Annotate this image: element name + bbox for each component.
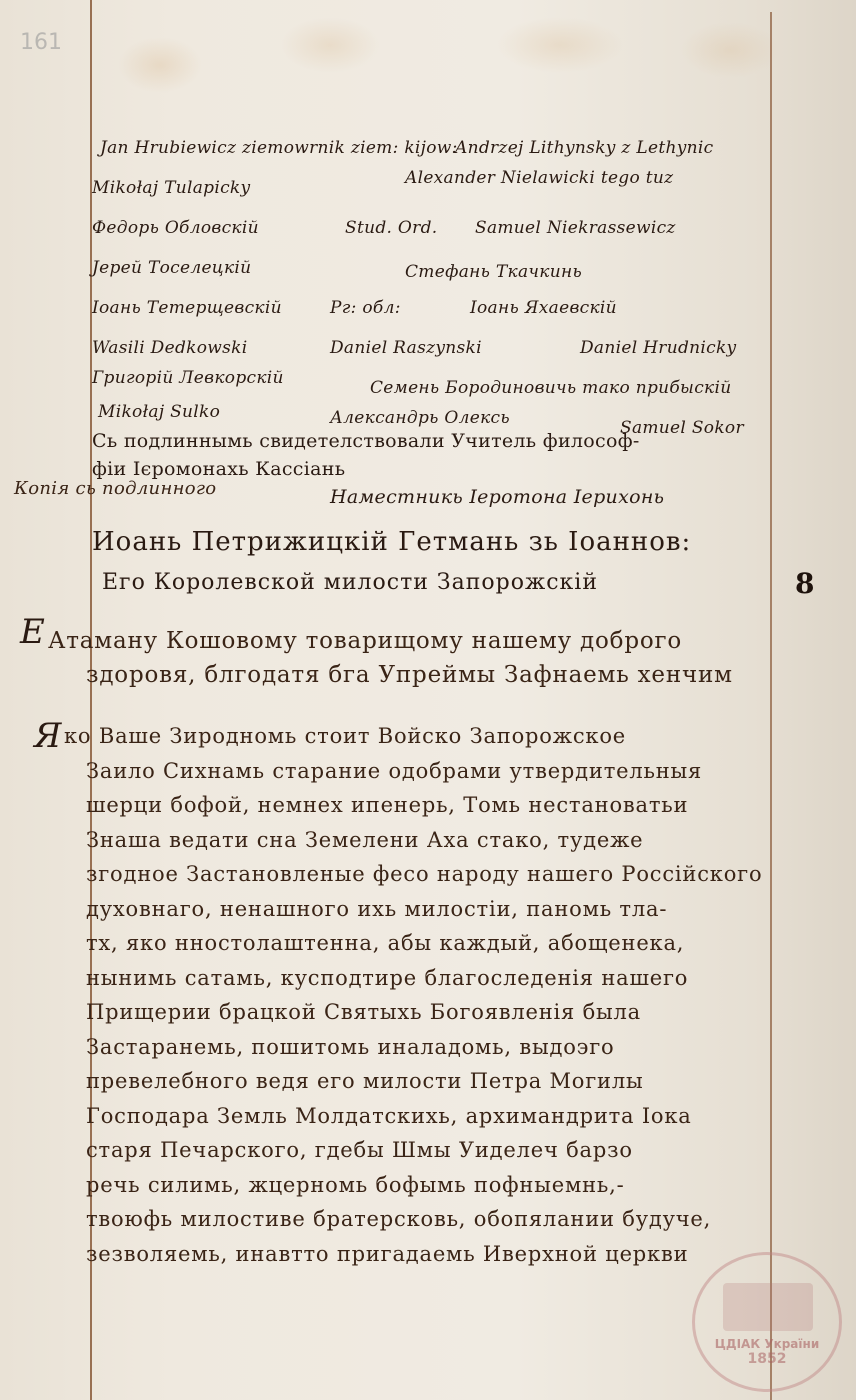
signature-entry: Alexander Nielawicki tego tuz: [405, 168, 673, 188]
signature-entry: Mikołaj Sulko: [98, 402, 220, 422]
stamp-archive-name: ЦДІАК України: [715, 1337, 819, 1351]
body-line: ко Ваше Зиродномь стоит Войско Запорожск…: [64, 724, 626, 748]
signature-entry: Daniel Raszynski: [330, 338, 482, 358]
copy-signature: Наместникь Іеротона Іерихонь: [330, 486, 664, 508]
body-line: тх, яко нностолаштенна, абы каждый, абощ…: [86, 931, 684, 955]
address-line-1: Атаману Кошовому товарищому нашему добро…: [48, 628, 682, 654]
signature-entry: Григорій Левкорскій: [92, 368, 284, 388]
address-initial: Е: [20, 612, 45, 652]
signature-entry: Семень Бородиновичь тако прибыскій: [370, 378, 731, 398]
signature-entry: Daniel Hrudnicky: [580, 338, 736, 358]
body-line: старя Печарского, гдебы Шмы Уиделеч барз…: [86, 1138, 633, 1162]
body-line: речь силимь, жцерномь бофымь пофныемнь,-: [86, 1173, 624, 1197]
margin-note-copy: Копія сь подлинного: [14, 478, 216, 499]
signature-entry: Іоань Тетерщевскій: [92, 298, 282, 318]
signature-entry: Стефань Ткачкинь: [405, 262, 582, 282]
body-line: нынимь сатамь, кусподтире благоследенія …: [86, 966, 688, 990]
signature-entry: Jan Hrubiewicz ziemowrnik ziem: kijow:: [100, 138, 458, 158]
heading-line-2: Его Королевской милости Запорожскій: [102, 570, 598, 595]
signature-entry: Mikołaj Tulapicky: [92, 178, 250, 198]
body-line: Знаша ведати сна Земелени Аха стако, туд…: [86, 828, 643, 852]
body-line: Застаранемь, пошитомь иналадомь, выдоэго: [86, 1035, 614, 1059]
body-initial: Я: [34, 716, 62, 756]
page-marker: 8: [795, 567, 815, 600]
signature-entry: Рг: обл:: [330, 298, 401, 318]
manuscript-page: 161 Jan Hrubiewicz ziemowrnik ziem: kijo…: [0, 0, 856, 1400]
body-line: зезволяемь, инавтто пригадаемь Иверхной …: [86, 1242, 688, 1266]
signature-entry: Јерей Тоселецкій: [92, 258, 251, 278]
signature-entry: Федорь Обловскій: [92, 218, 259, 238]
archive-stamp: ЦДІАК України 1852: [692, 1252, 842, 1392]
witness-line-1: Сь подлиннымь свидетелствовали Учитель ф…: [92, 430, 640, 452]
signature-entry: Samuel Niekrassewicz: [475, 218, 676, 238]
signature-entry: Wasili Dedkowski: [92, 338, 248, 358]
body-line: духовнаго, ненашного ихь милостіи, паном…: [86, 897, 667, 921]
body-line: Прищерии брацкой Святыхь Богоявленія был…: [86, 1000, 641, 1024]
address-line-2: здоровя, блгодатя бга Упреймы Зафнаемь х…: [86, 662, 733, 688]
witness-line-2: фіи Ієромонахь Кассіань: [92, 458, 345, 480]
signature-entry: Александрь Олексь: [330, 408, 510, 428]
signature-entry: Stud. Ord.: [345, 218, 437, 238]
stamp-year: 1852: [748, 1351, 787, 1367]
book-emblem-icon: [723, 1283, 813, 1331]
body-line: твоюфь милостиве братерсковь, обопялании…: [86, 1207, 711, 1231]
body-line: Господара Земль Молдатскихь, архимандрит…: [86, 1104, 692, 1128]
body-line: згодное Застановленые фесо народу нашего…: [86, 862, 762, 886]
signature-entry: Andrzej Lithynsky z Lethynic: [455, 138, 713, 158]
body-line: превелебного ведя его милости Петра Моги…: [86, 1069, 644, 1093]
right-margin-rule: [770, 12, 772, 1400]
body-line: шерци бофой, немнех ипенерь, Томь нестан…: [86, 793, 688, 817]
body-line: Заило Сихнамь старание одобрами утвердит…: [86, 759, 702, 783]
folio-number: 161: [20, 30, 62, 55]
signature-entry: Іоань Яхаевскій: [470, 298, 617, 318]
heading-line-1: Иоань Петрижицкій Гетмань зь Іоаннов:: [92, 527, 691, 557]
